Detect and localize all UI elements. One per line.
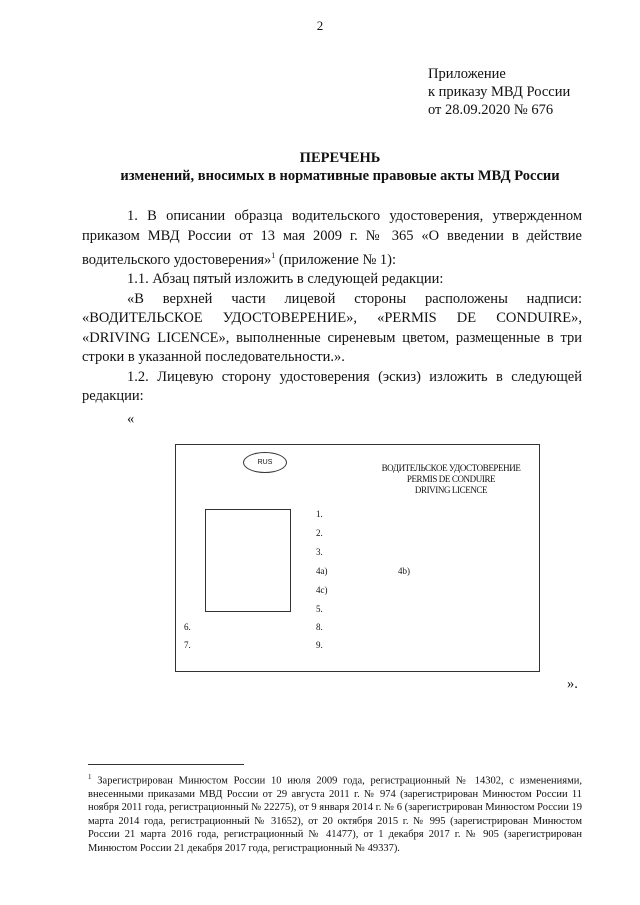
document-subtitle: изменений, вносимых в нормативные правов… <box>60 168 620 185</box>
field-9: 9. <box>316 640 323 650</box>
paragraph-1-2: 1.2. Лицевую сторону удостоверения (эски… <box>82 368 582 407</box>
quote-close: ». <box>567 676 578 693</box>
field-4b: 4b) <box>398 566 410 576</box>
quote-open: « <box>127 411 134 428</box>
paragraph-1-1-quote: «В верхней части лицевой стороны располо… <box>82 290 582 368</box>
license-header-fr: PERMIS DE CONDUIRE <box>356 474 546 485</box>
license-header-en: DRIVING LICENCE <box>356 485 546 496</box>
field-5: 5. <box>316 604 323 614</box>
footnote-divider <box>88 764 244 765</box>
body-text: 1. В описании образца водительского удос… <box>82 207 582 407</box>
license-header: ВОДИТЕЛЬСКОЕ УДОСТОВЕРЕНИЕ PERMIS DE CON… <box>356 463 546 496</box>
field-8: 8. <box>316 622 323 632</box>
field-1: 1. <box>316 509 323 519</box>
appendix-line-3: от 28.09.2020 № 676 <box>428 101 570 119</box>
field-4a: 4a) <box>316 566 328 576</box>
footnote: 1 Зарегистрирован Минюстом России 10 июл… <box>88 771 582 855</box>
field-6: 6. <box>184 622 191 632</box>
appendix-reference: Приложение к приказу МВД России от 28.09… <box>428 65 570 119</box>
license-header-ru: ВОДИТЕЛЬСКОЕ УДОСТОВЕРЕНИЕ <box>356 463 546 474</box>
appendix-line-2: к приказу МВД России <box>428 83 570 101</box>
field-7: 7. <box>184 640 191 650</box>
paragraph-1: 1. В описании образца водительского удос… <box>82 207 582 270</box>
page-number: 2 <box>0 18 640 34</box>
appendix-line-1: Приложение <box>428 65 570 83</box>
license-sketch: RUS ВОДИТЕЛЬСКОЕ УДОСТОВЕРЕНИЕ PERMIS DE… <box>175 444 540 672</box>
field-4c: 4c) <box>316 585 328 595</box>
footnote-text: Зарегистрирован Минюстом России 10 июля … <box>88 776 582 854</box>
paragraph-1-1: 1.1. Абзац пятый изложить в следующей ре… <box>82 270 582 290</box>
field-2: 2. <box>316 528 323 538</box>
document-title: ПЕРЕЧЕНЬ <box>60 150 620 167</box>
field-3: 3. <box>316 547 323 557</box>
photo-placeholder <box>205 509 291 612</box>
paragraph-1-tail: (приложение № 1): <box>275 252 396 268</box>
country-code-oval: RUS <box>243 452 287 473</box>
